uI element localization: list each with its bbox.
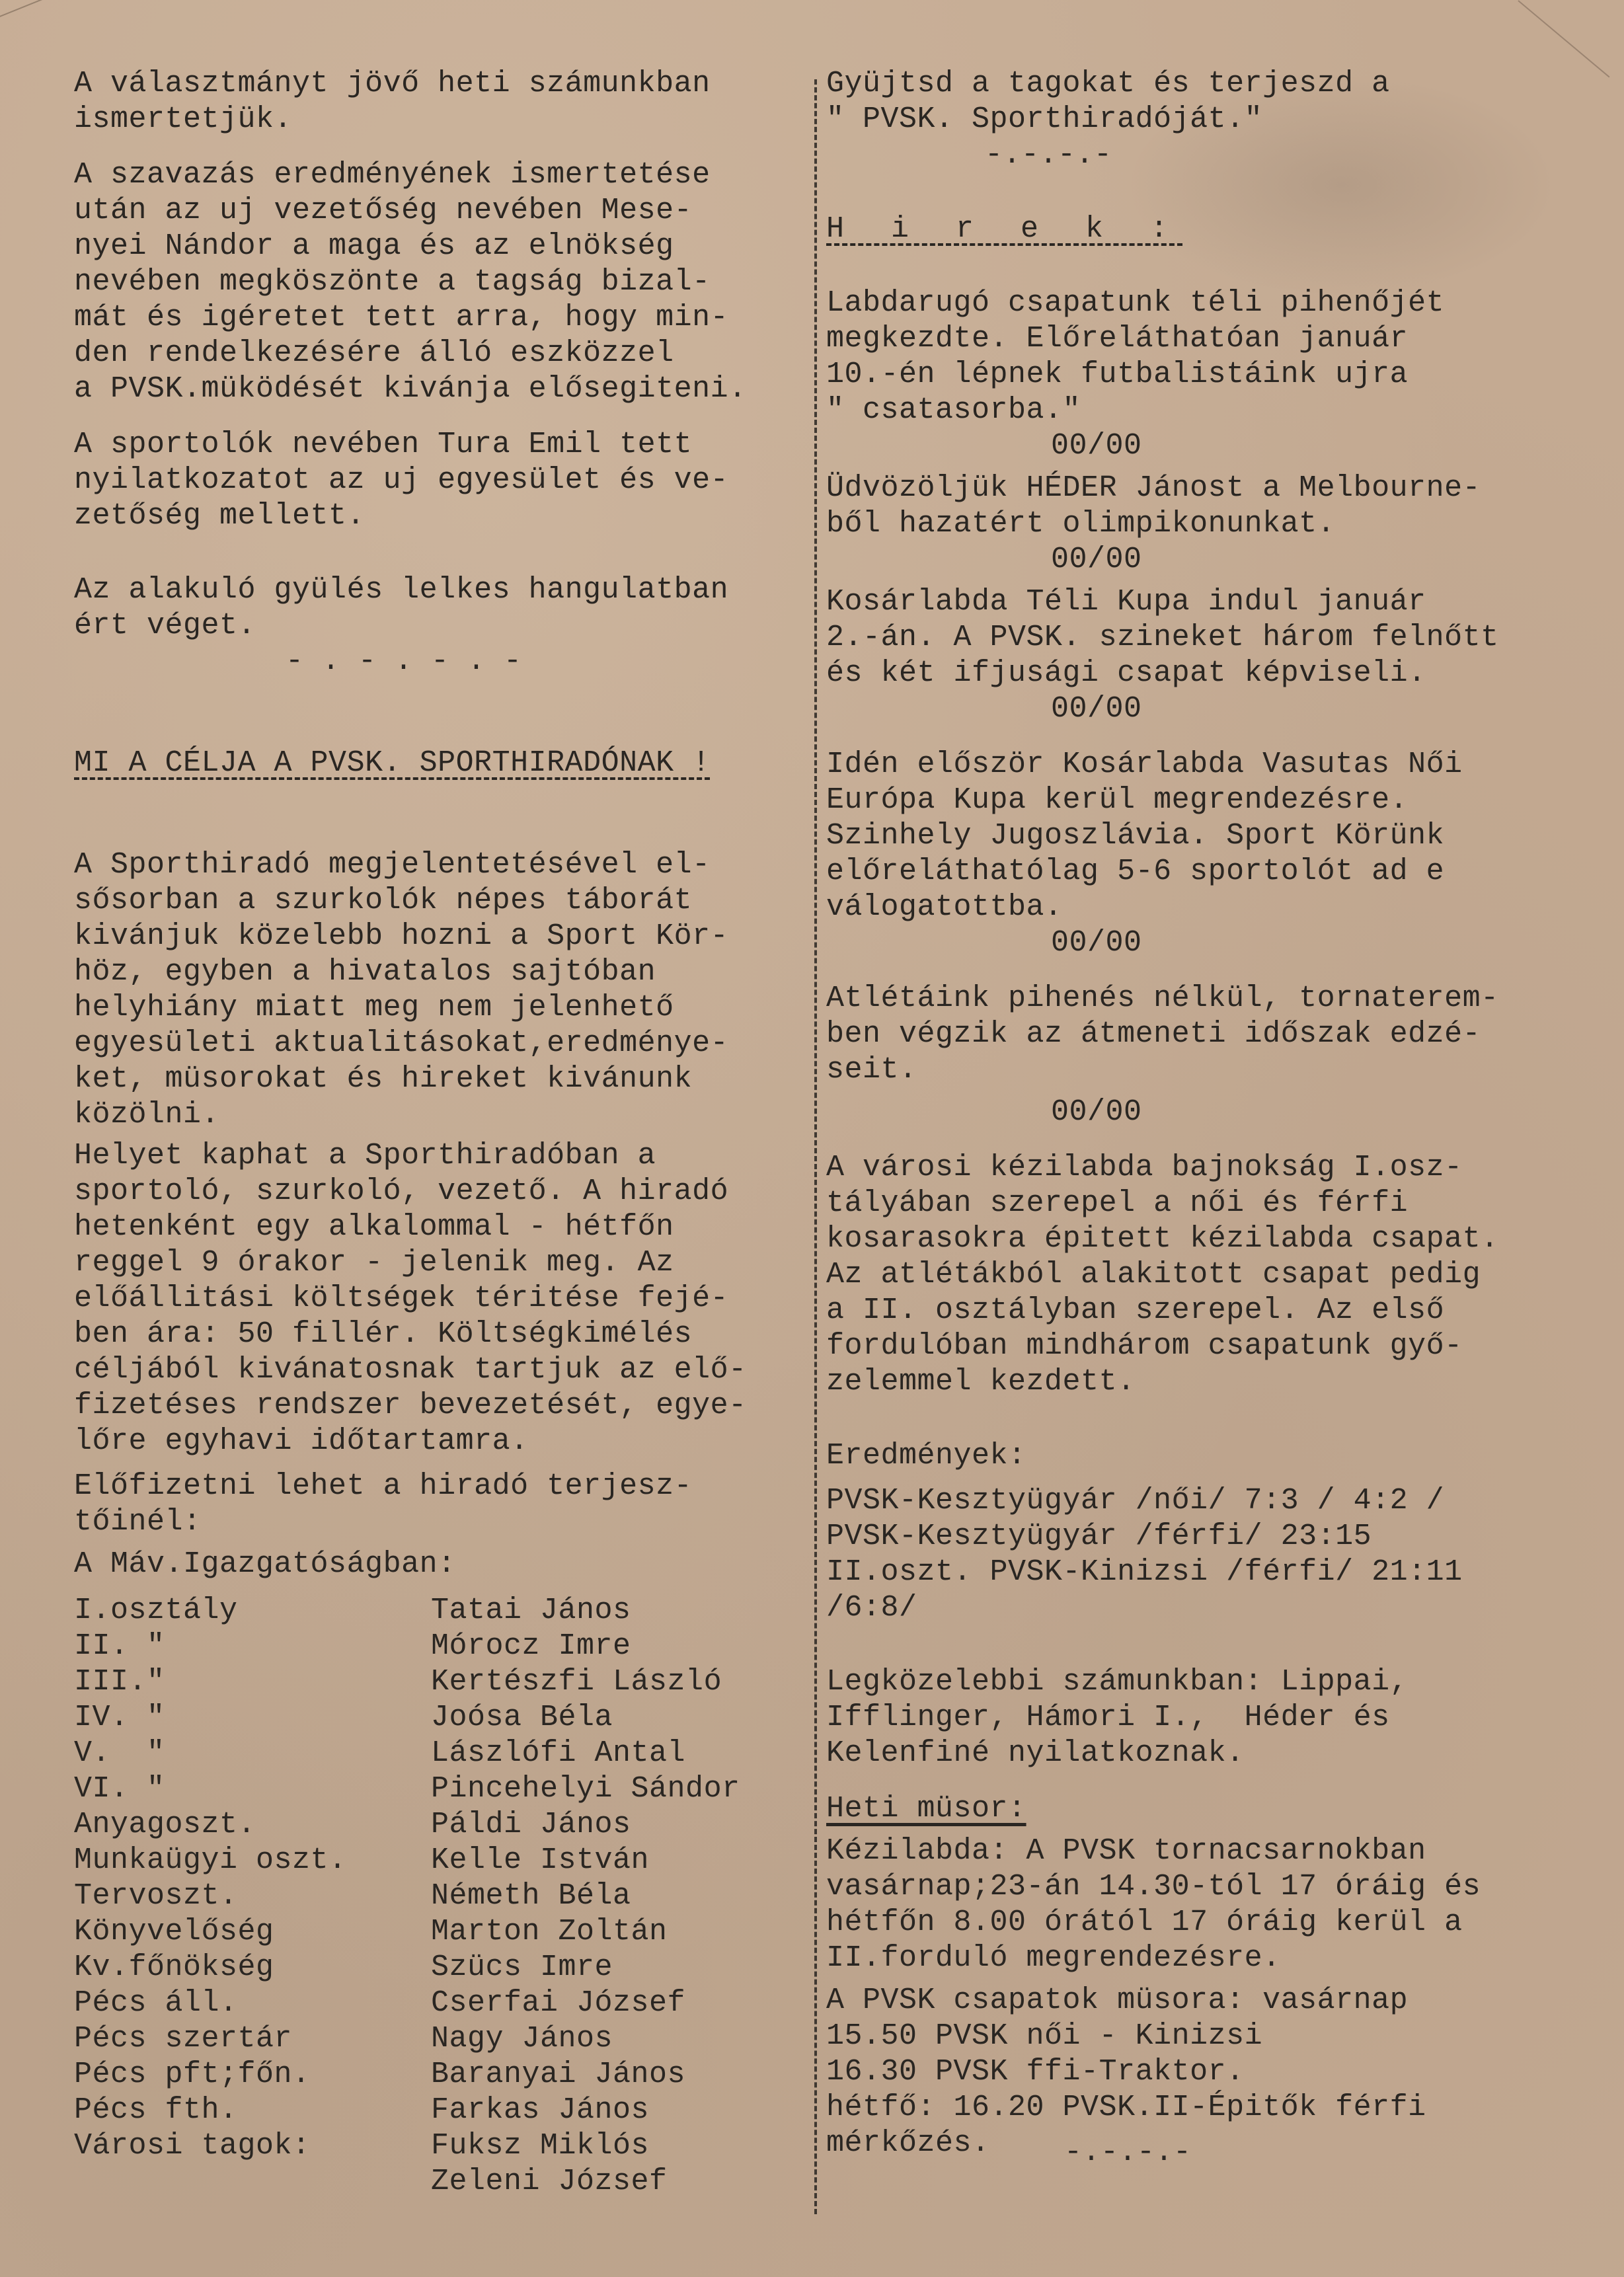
news-divider: 00/00: [826, 542, 1586, 578]
result-row: PVSK-Kesztyügyár /női/ 7:3 / 4:2 /: [826, 1483, 1586, 1519]
typewritten-newsletter-page: A választmányt jövő heti számunkban isme…: [0, 0, 1624, 2277]
distributor-dept: VI. ": [74, 1771, 431, 1807]
distributor-dept: Tervoszt.: [74, 1878, 431, 1914]
distributor-dept: Pécs áll.: [74, 1986, 431, 2021]
news-divider: 00/00: [826, 691, 1586, 727]
news-item-womens-europe-cup: Idén először Kosárlabda Vasutas Női Euró…: [826, 747, 1586, 925]
distributor-dept: V. ": [74, 1736, 431, 1771]
paper-fold-crease: [0, 0, 231, 28]
distributor-name: Pincehelyi Sándor: [431, 1771, 794, 1807]
distributor-dept: I.osztály: [74, 1593, 431, 1629]
section-separator: -.-.-.-: [826, 137, 1586, 173]
distributor-dept: Könyvelőség: [74, 1914, 431, 1950]
paragraph-election-committee: A választmányt jövő heti számunkban isme…: [74, 66, 794, 137]
paragraph-meeting-end: Az alakuló gyülés lelkes hangulatban ért…: [74, 572, 794, 644]
distributor-name: Szücs Imre: [431, 1950, 794, 1986]
distributor-dept: Kv.főnökség: [74, 1950, 431, 1986]
distributor-name: Kelle István: [431, 1843, 794, 1878]
distributor-name: Marton Zoltán: [431, 1914, 794, 1950]
news-item-athletes-training: Atlétáink pihenés nélkül, tornaterem- be…: [826, 981, 1586, 1088]
distributor-name: Fuksz Miklós: [431, 2128, 794, 2164]
distributor-dept: Anyagoszt.: [74, 1807, 431, 1843]
news-item-basketball-winter-cup: Kosárlabda Téli Kupa indul január 2.-án.…: [826, 584, 1586, 691]
distributor-name: Mórocz Imre: [431, 1629, 794, 1664]
distributor-name: Baranyai János: [431, 2057, 794, 2093]
result-row: /6:8/: [826, 1590, 1586, 1626]
paragraph-next-issue: Legközelebbi számunkban: Lippai, Iffling…: [826, 1664, 1586, 1771]
column-divider: [814, 79, 817, 2214]
paragraph-subscription: Előfizetni lehet a hiradó terjesz- tőiné…: [74, 1469, 794, 1540]
distributor-list: I.osztály Tatai János II. " Mórocz Imre …: [74, 1593, 794, 2200]
news-divider: 00/00: [826, 428, 1586, 464]
section-separator: - . - . - . -: [74, 644, 794, 679]
paragraph-athletes-statement: A sportolók nevében Tura Emil tett nyila…: [74, 427, 794, 534]
distributor-name: Németh Béla: [431, 1878, 794, 1914]
paragraph-publication-info: Helyet kaphat a Sporthiradóban a sportol…: [74, 1138, 794, 1459]
news-divider: 00/00: [826, 925, 1586, 961]
right-column: Gyüjtsd a tagokat és terjeszd a " PVSK. …: [826, 66, 1586, 2171]
distributor-dept: Munkaügyi oszt.: [74, 1843, 431, 1878]
news-heading: H i r e k :: [826, 212, 1586, 247]
news-divider: 00/00: [826, 1095, 1586, 1130]
article-heading: MI A CÉLJA A PVSK. SPORTHIRADÓNAK !: [74, 746, 794, 781]
distributor-name: Nagy János: [431, 2021, 794, 2057]
program-handball: Kézilabda: A PVSK tornacsarnokban vasárn…: [826, 1833, 1586, 1976]
distributor-name: Páldi János: [431, 1807, 794, 1843]
distributor-name: Zeleni József: [431, 2164, 794, 2200]
distributor-name: Cserfai József: [431, 1986, 794, 2021]
result-row: II.oszt. PVSK-Kinizsi /férfi/ 21:11: [826, 1555, 1586, 1590]
paragraph-spread-the-word: Gyüjtsd a tagokat és terjeszd a " PVSK. …: [826, 66, 1586, 137]
paragraph-purpose: A Sporthiradó megjelentetésével el- sőso…: [74, 847, 794, 1133]
distributor-name: Kertészfi László: [431, 1664, 794, 1700]
paragraph-election-results: A szavazás eredményének ismertetése után…: [74, 157, 794, 407]
distributor-dept: IV. ": [74, 1700, 431, 1736]
program-heading: Heti müsor:: [826, 1791, 1586, 1827]
distributor-dept: III.": [74, 1664, 431, 1700]
news-item-handball-league: A városi kézilabda bajnokság I.osz- tály…: [826, 1150, 1586, 1400]
distributor-dept: Városi tagok:: [74, 2128, 431, 2164]
distributor-name: Lászlófi Antal: [431, 1736, 794, 1771]
news-item-football: Labdarugó csapatunk téli pihenőjét megke…: [826, 286, 1586, 428]
paragraph-mav-directorate: A Máv.Igazgatóságban:: [74, 1547, 794, 1582]
distributor-name: Tatai János: [431, 1593, 794, 1629]
results-heading: Eredmények:: [826, 1438, 1586, 1474]
distributor-dept: Pécs pft;főn.: [74, 2057, 431, 2093]
news-item-heder-olympian: Üdvözöljük HÉDER Jánost a Melbourne- ből…: [826, 471, 1586, 542]
result-row: PVSK-Kesztyügyár /férfi/ 23:15: [826, 1519, 1586, 1555]
distributor-name: Farkas János: [431, 2093, 794, 2128]
distributor-dept: [74, 2164, 431, 2200]
distributor-dept: II. ": [74, 1629, 431, 1664]
distributor-dept: Pécs fth.: [74, 2093, 431, 2128]
distributor-dept: Pécs szertár: [74, 2021, 431, 2057]
left-column: A választmányt jövő heti számunkban isme…: [74, 66, 794, 2200]
distributor-name: Joósa Béla: [431, 1700, 794, 1736]
